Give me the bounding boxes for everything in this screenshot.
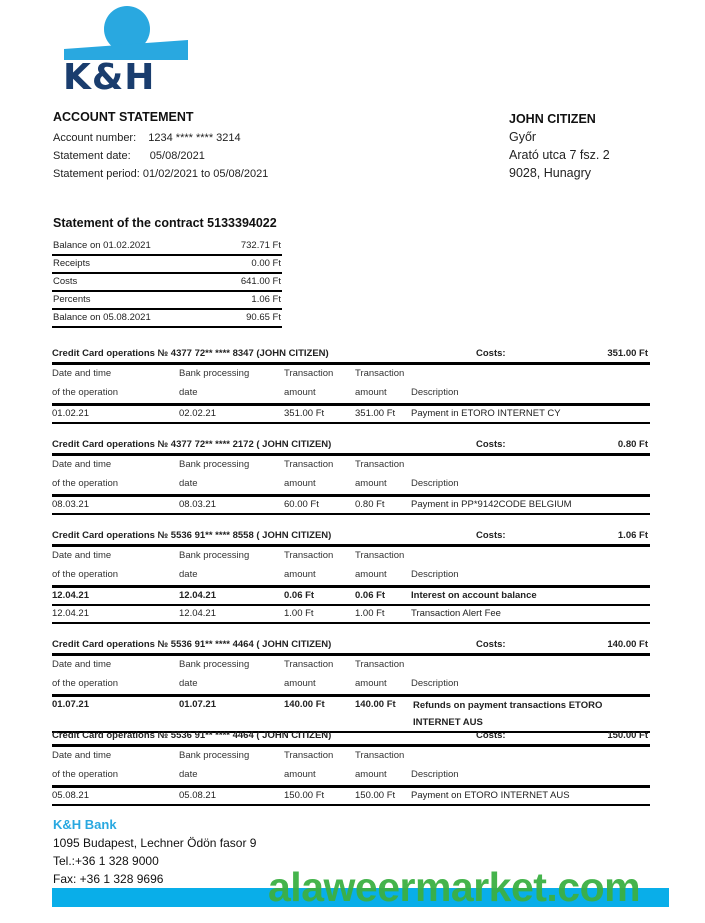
row-date: 12.04.21 [52, 606, 89, 622]
footer-bank-name: K&H Bank [53, 817, 117, 832]
col-date-header: Date and time [52, 365, 111, 383]
col-processing-header-2: date [179, 475, 198, 493]
card-section-title: Credit Card operations № 5536 91** **** … [52, 530, 331, 541]
row-date: 05.08.21 [52, 788, 89, 804]
row-amount-2: 351.00 Ft [355, 406, 395, 422]
costs-label: Costs: [476, 637, 506, 653]
col-amount-header: Transaction [284, 547, 333, 565]
col-amount-header: Transaction [284, 656, 333, 674]
contract-summary-table: Balance on 01.02.2021 732.71 Ft Receipts… [52, 238, 282, 328]
customer-name: JOHN CITIZEN [509, 110, 610, 128]
col-amount2-header: Transaction [355, 365, 404, 383]
table-row: 05.08.2105.08.21150.00 Ft150.00 FtPaymen… [52, 788, 650, 806]
card-section-title: Credit Card operations № 4377 72** **** … [52, 439, 331, 450]
row-amount: 0.06 Ft [284, 588, 314, 604]
row-amount-2: 0.80 Ft [355, 497, 385, 513]
summary-value: 641.00 Ft [241, 274, 281, 290]
col-date-header-2: of the operation [52, 475, 118, 493]
account-number-label: Account number: [53, 132, 136, 144]
summary-label: Percents [53, 292, 91, 308]
col-amount2-header: Transaction [355, 547, 404, 565]
summary-row: Balance on 01.02.2021 732.71 Ft [52, 238, 282, 256]
col-amount-header-2: amount [284, 675, 316, 693]
statement-meta: Account number: 1234 **** **** 3214 Stat… [53, 129, 268, 183]
card-section-title: Credit Card operations № 5536 91** **** … [52, 639, 331, 650]
customer-street: Arató utca 7 fsz. 2 [509, 146, 610, 164]
col-processing-header: Bank processing [179, 365, 249, 383]
row-amount: 1.00 Ft [284, 606, 314, 622]
row-amount: 351.00 Ft [284, 406, 324, 422]
summary-label: Balance on 05.08.2021 [53, 310, 151, 326]
table-row: 08.03.2108.03.2160.00 Ft0.80 FtPayment i… [52, 497, 650, 515]
card-section-header: Credit Card operations № 5536 91** **** … [52, 728, 650, 747]
costs-value: 150.00 Ft [607, 728, 648, 744]
col-amount2-header-2: amount [355, 566, 387, 584]
row-description: Interest on account balance [411, 588, 537, 604]
logo-wordmark: K&H [63, 58, 155, 98]
col-date-header: Date and time [52, 747, 111, 765]
column-headers: Date and timeof the operationBank proces… [52, 365, 650, 406]
row-description: Payment in PP*9142CODE BELGIUM [411, 497, 572, 513]
row-description: Payment on ETORO INTERNET AUS [411, 788, 570, 804]
card-section: Credit Card operations № 5536 91** **** … [52, 637, 650, 733]
col-amount-header: Transaction [284, 365, 333, 383]
col-amount-header: Transaction [284, 456, 333, 474]
card-section: Credit Card operations № 5536 91** **** … [52, 528, 650, 624]
costs-label: Costs: [476, 728, 506, 744]
column-headers: Date and timeof the operationBank proces… [52, 747, 650, 788]
row-amount-2: 1.00 Ft [355, 606, 385, 622]
summary-label: Receipts [53, 256, 90, 272]
costs-label: Costs: [476, 346, 506, 362]
costs-label: Costs: [476, 437, 506, 453]
card-section-header: Credit Card operations № 5536 91** **** … [52, 637, 650, 656]
row-date: 12.04.21 [52, 588, 89, 604]
col-amount2-header: Transaction [355, 747, 404, 765]
card-section: Credit Card operations № 5536 91** **** … [52, 728, 650, 806]
statement-period-label: Statement period: [53, 168, 140, 180]
card-section-header: Credit Card operations № 5536 91** **** … [52, 528, 650, 547]
col-date-header-2: of the operation [52, 566, 118, 584]
footer-address: 1095 Budapest, Lechner Ödön fasor 9 [53, 834, 256, 852]
col-amount2-header: Transaction [355, 656, 404, 674]
col-processing-header-2: date [179, 675, 198, 693]
footer-fax: Fax: +36 1 328 9696 [53, 870, 256, 888]
col-description-header: Description [411, 475, 459, 493]
col-description-header: Description [411, 766, 459, 784]
col-date-header-2: of the operation [52, 766, 118, 784]
table-row: 12.04.2112.04.210.06 Ft0.06 FtInterest o… [52, 588, 650, 606]
row-date: 01.07.21 [52, 697, 89, 713]
summary-value: 0.00 Ft [251, 256, 281, 272]
row-date: 01.02.21 [52, 406, 89, 422]
row-amount: 60.00 Ft [284, 497, 319, 513]
summary-row: Receipts 0.00 Ft [52, 256, 282, 274]
row-description: Transaction Alert Fee [411, 606, 501, 622]
col-amount2-header-2: amount [355, 384, 387, 402]
card-section-header: Credit Card operations № 4377 72** **** … [52, 346, 650, 365]
col-description-header: Description [411, 675, 459, 693]
col-processing-header: Bank processing [179, 547, 249, 565]
customer-address: JOHN CITIZEN Győr Arató utca 7 fsz. 2 90… [509, 110, 610, 182]
summary-row: Percents 1.06 Ft [52, 292, 282, 310]
statement-date-value: 05/08/2021 [150, 150, 205, 162]
card-section-title: Credit Card operations № 5536 91** **** … [52, 730, 331, 741]
card-section-header: Credit Card operations № 4377 72** **** … [52, 437, 650, 456]
row-amount: 150.00 Ft [284, 788, 324, 804]
summary-value: 1.06 Ft [251, 292, 281, 308]
summary-value: 90.65 Ft [246, 310, 281, 326]
col-processing-header: Bank processing [179, 456, 249, 474]
summary-label: Costs [53, 274, 77, 290]
statement-period-value: 01/02/2021 to 05/08/2021 [143, 168, 268, 180]
row-date: 08.03.21 [52, 497, 89, 513]
customer-city: Győr [509, 128, 610, 146]
row-processing-date: 05.08.21 [179, 788, 216, 804]
col-processing-header-2: date [179, 566, 198, 584]
column-headers: Date and timeof the operationBank proces… [52, 547, 650, 588]
row-processing-date: 02.02.21 [179, 406, 216, 422]
col-processing-header: Bank processing [179, 656, 249, 674]
costs-value: 140.00 Ft [607, 637, 648, 653]
row-amount-2: 140.00 Ft [355, 697, 396, 713]
costs-value: 351.00 Ft [607, 346, 648, 362]
row-description: Refunds on payment transactions ETORO IN… [411, 697, 613, 731]
col-amount-header-2: amount [284, 766, 316, 784]
statement-period-line: Statement period: 01/02/2021 to 05/08/20… [53, 165, 268, 183]
costs-value: 1.06 Ft [618, 528, 648, 544]
col-amount2-header-2: amount [355, 766, 387, 784]
col-amount-header: Transaction [284, 747, 333, 765]
row-processing-date: 08.03.21 [179, 497, 216, 513]
col-date-header: Date and time [52, 656, 111, 674]
card-section-title: Credit Card operations № 4377 72** **** … [52, 348, 329, 359]
row-amount-2: 150.00 Ft [355, 788, 395, 804]
col-amount2-header-2: amount [355, 675, 387, 693]
row-amount-2: 0.06 Ft [355, 588, 385, 604]
col-processing-header: Bank processing [179, 747, 249, 765]
account-number-line: Account number: 1234 **** **** 3214 [53, 129, 268, 147]
summary-row: Costs 641.00 Ft [52, 274, 282, 292]
row-processing-date: 12.04.21 [179, 588, 216, 604]
column-headers: Date and timeof the operationBank proces… [52, 456, 650, 497]
account-number-value: 1234 **** **** 3214 [148, 132, 240, 144]
table-row: 01.02.2102.02.21351.00 Ft351.00 FtPaymen… [52, 406, 650, 424]
summary-value: 732.71 Ft [241, 238, 281, 254]
col-date-header: Date and time [52, 547, 111, 565]
col-date-header: Date and time [52, 456, 111, 474]
card-section: Credit Card operations № 4377 72** **** … [52, 346, 650, 424]
table-row: 12.04.2112.04.211.00 Ft1.00 FtTransactio… [52, 606, 650, 624]
column-headers: Date and timeof the operationBank proces… [52, 656, 650, 697]
col-description-header: Description [411, 566, 459, 584]
statement-date-label: Statement date: [53, 150, 131, 162]
footer-bank-info: 1095 Budapest, Lechner Ödön fasor 9 Tel.… [53, 834, 256, 888]
contract-title: Statement of the contract 5133394022 [53, 216, 277, 230]
summary-label: Balance on 01.02.2021 [53, 238, 151, 254]
col-date-header-2: of the operation [52, 384, 118, 402]
col-processing-header-2: date [179, 384, 198, 402]
statement-date-line: Statement date: 05/08/2021 [53, 147, 268, 165]
row-processing-date: 01.07.21 [179, 697, 216, 713]
col-amount-header-2: amount [284, 566, 316, 584]
col-processing-header-2: date [179, 766, 198, 784]
row-processing-date: 12.04.21 [179, 606, 216, 622]
col-amount2-header: Transaction [355, 456, 404, 474]
costs-value: 0.80 Ft [618, 437, 648, 453]
card-section: Credit Card operations № 4377 72** **** … [52, 437, 650, 515]
col-description-header: Description [411, 384, 459, 402]
kh-logo: K&H [64, 4, 190, 98]
col-amount-header-2: amount [284, 475, 316, 493]
col-date-header-2: of the operation [52, 675, 118, 693]
watermark: alaweermarket.com [268, 862, 640, 912]
statement-title: ACCOUNT STATEMENT [53, 110, 194, 124]
summary-row: Balance on 05.08.2021 90.65 Ft [52, 310, 282, 328]
row-amount: 140.00 Ft [284, 697, 325, 713]
customer-postcode: 9028, Hunagry [509, 164, 610, 182]
footer-tel: Tel.:+36 1 328 9000 [53, 852, 256, 870]
row-description: Payment in ETORO INTERNET CY [411, 406, 561, 422]
col-amount2-header-2: amount [355, 475, 387, 493]
col-amount-header-2: amount [284, 384, 316, 402]
costs-label: Costs: [476, 528, 506, 544]
